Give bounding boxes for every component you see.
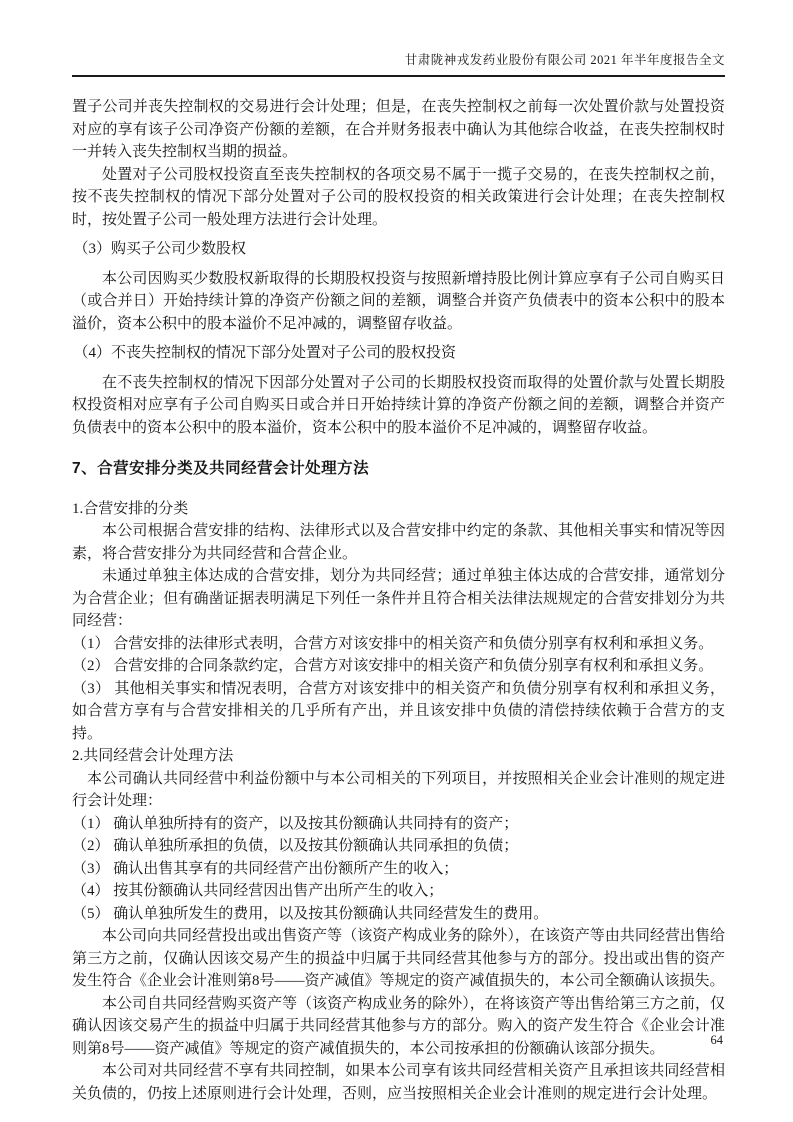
paragraph-continuation: 置子公司并丧失控制权的交易进行会计处理；但是，在丧失控制权之前每一次处置价款与处… (72, 96, 725, 164)
paragraph: 本公司根据合营安排的结构、法律形式以及合营安排中约定的条款、其他相关事实和情况等… (72, 520, 725, 565)
list-item: （5） 确认单独所发生的费用，以及按其份额确认共同经营发生的费用。 (72, 903, 725, 926)
section-label: 1.合营安排的分类 (72, 498, 725, 521)
report-header-title: 甘肃陇神戎发药业股份有限公司 2021 年半年度报告全文 (72, 50, 725, 77)
subsection-heading: （4）不丧失控制权的情况下部分处置对子公司的股权投资 (72, 342, 725, 365)
paragraph: 本公司因购买少数股权新取得的长期股权投资与按照新增持股比例计算应享有子公司自购买… (72, 268, 725, 336)
paragraph: 本公司确认共同经营中利益份额中与本公司相关的下列项目，并按照相关企业会计准则的规… (72, 768, 725, 813)
paragraph: 处置对子公司股权投资直至丧失控制权的各项交易不属于一揽子交易的，在丧失控制权之前… (72, 164, 725, 232)
paragraph: 未通过单独主体达成的合营安排，划分为共同经营；通过单独主体达成的合营安排，通常划… (72, 565, 725, 633)
paragraph: 本公司对共同经营不享有共同控制，如果本公司享有该共同经营相关资产且承担该共同经营… (72, 1060, 725, 1105)
paragraph: 本公司向共同经营投出或出售资产等（该资产构成业务的除外），在该资产等由共同经营出… (72, 925, 725, 993)
section-label: 2.共同经营会计处理方法 (72, 745, 725, 768)
list-item: （3） 其他相关事实和情况表明，合营方对该安排中的相关资产和负债分别享有权利和承… (72, 678, 725, 746)
section-heading: 7、合营安排分类及共同经营会计处理方法 (72, 458, 725, 481)
document-page: 甘肃陇神戎发药业股份有限公司 2021 年半年度报告全文 置子公司并丧失控制权的… (0, 0, 793, 1122)
list-item: （3） 确认出售其享有的共同经营产出份额所产生的收入； (72, 858, 725, 881)
list-item: （1） 确认单独所持有的资产，以及按其份额确认共同持有的资产； (72, 813, 725, 836)
list-item: （2） 确认单独所承担的负债，以及按其份额确认共同承担的负债； (72, 835, 725, 858)
subsection-heading: （3）购买子公司少数股权 (72, 238, 725, 261)
list-item: （1） 合营安排的法律形式表明，合营方对该安排中的相关资产和负债分别享有权利和承… (72, 633, 725, 656)
list-item: （4） 按其份额确认共同经营因出售产出所产生的收入； (72, 880, 725, 903)
document-body: 置子公司并丧失控制权的交易进行会计处理；但是，在丧失控制权之前每一次处置价款与处… (72, 96, 725, 1105)
page-number: 64 (711, 1033, 724, 1048)
list-item: （2） 合营安排的合同条款约定，合营方对该安排中的相关资产和负债分别享有权利和承… (72, 655, 725, 678)
paragraph: 本公司自共同经营购买资产等（该资产构成业务的除外），在将该资产等出售给第三方之前… (72, 993, 725, 1061)
paragraph: 在不丧失控制权的情况下因部分处置对子公司的长期股权投资而取得的处置价款与处置长期… (72, 372, 725, 440)
